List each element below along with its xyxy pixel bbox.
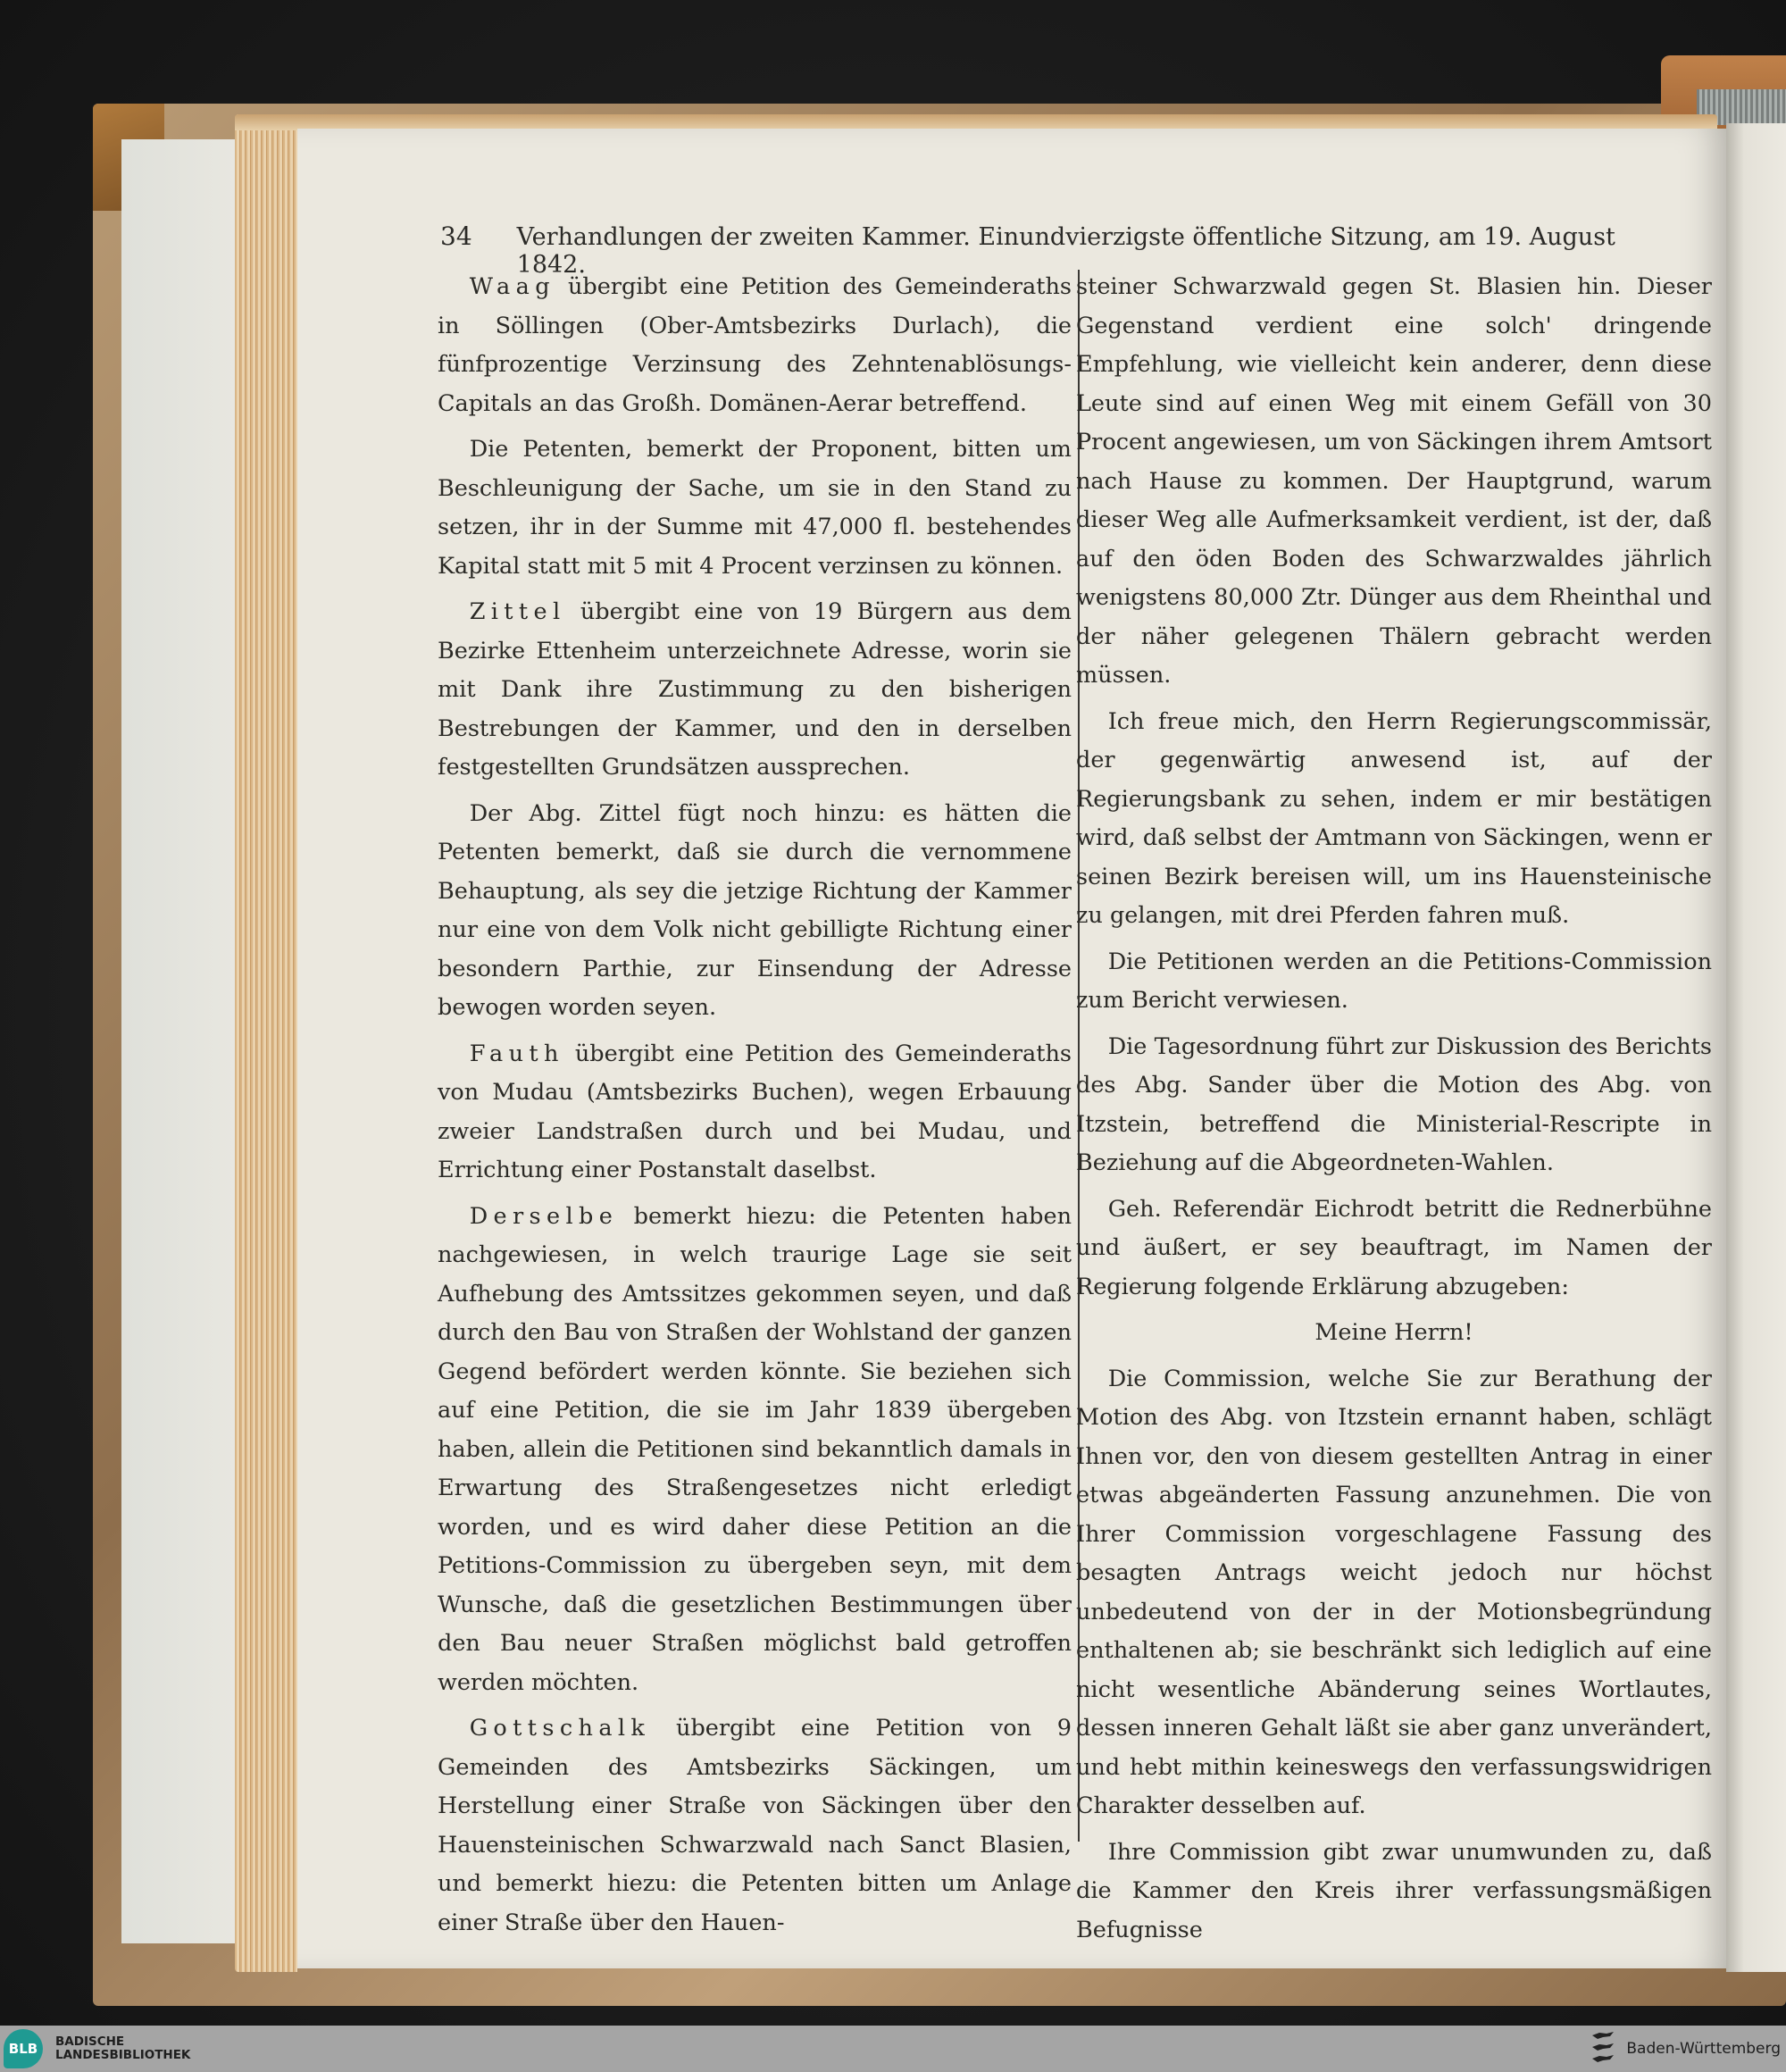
paragraph-text: übergibt eine Petition von 9 Gemeinden d… (438, 1715, 1072, 1936)
flyleaf (121, 139, 238, 1943)
paragraph-text: Geh. Referendär Eichrodt betritt die Red… (1076, 1196, 1712, 1300)
paragraph-text: bemerkt hiezu: die Petenten haben nachge… (438, 1203, 1072, 1696)
paragraph-text: Die Tagesordnung führt zur Diskussion de… (1076, 1033, 1712, 1177)
blb-line-1: BADISCHE (55, 2035, 190, 2049)
paragraph: Ihre Commission gibt zwar unumwunden zu,… (1076, 1834, 1712, 1951)
footer-banner: BLB BADISCHE LANDESBIBLIOTHEK Baden-Würt… (0, 2026, 1786, 2072)
paragraph-text: Meine Herrn! (1314, 1319, 1473, 1346)
paragraph: Meine Herrn! (1076, 1314, 1712, 1353)
paragraph: Gottschalk übergibt eine Petition von 9 … (438, 1709, 1072, 1942)
paragraph-text: steiner Schwarzwald gegen St. Blasien hi… (1076, 273, 1712, 689)
paragraph: Die Petitionen werden an die Petitions-C… (1076, 943, 1712, 1021)
page-block-edges (235, 114, 297, 1972)
speaker-name: Derselbe (470, 1203, 618, 1230)
paragraph-text: übergibt eine von 19 Bürgern aus dem Bez… (438, 598, 1072, 781)
page-number: 34 (440, 221, 472, 251)
right-text-column: steiner Schwarzwald gegen St. Blasien hi… (1076, 268, 1712, 1957)
paragraph: Die Commission, welche Sie zur Berathung… (1076, 1360, 1712, 1826)
speaker-name: Gottschalk (470, 1715, 651, 1742)
speaker-name: Zittel (470, 598, 566, 625)
blb-wordmark: BADISCHE LANDESBIBLIOTHEK (55, 2035, 190, 2062)
paragraph-text: Die Commission, welche Sie zur Berathung… (1076, 1366, 1712, 1820)
paragraph-text: Die Petitionen werden an die Petitions-C… (1076, 948, 1712, 1015)
speaker-name: Fauth (470, 1040, 564, 1067)
blb-logo[interactable]: BLB BADISCHE LANDESBIBLIOTHEK (4, 2029, 190, 2068)
blb-badge-icon: BLB (4, 2029, 43, 2068)
left-text-column: Waag übergibt eine Petition des Gemeinde… (438, 268, 1072, 1950)
paragraph: Die Petenten, bemerkt der Proponent, bit… (438, 430, 1072, 586)
paragraph-text: Der Abg. Zittel fügt noch hinzu: es hätt… (438, 800, 1072, 1022)
paragraph-text: Ihre Commission gibt zwar unumwunden zu,… (1076, 1839, 1712, 1943)
paragraph: Geh. Referendär Eichrodt betritt die Red… (1076, 1191, 1712, 1308)
bw-wordmark: Baden-Württemberg (1626, 2040, 1781, 2058)
speaker-name: Waag (470, 273, 555, 300)
paragraph: Die Tagesordnung führt zur Diskussion de… (1076, 1028, 1712, 1183)
paragraph: Fauth übergibt eine Petition des Gemeind… (438, 1035, 1072, 1191)
bw-logo[interactable]: Baden-Württemberg (1590, 2030, 1781, 2068)
blb-line-2: LANDESBIBLIOTHEK (55, 2049, 190, 2062)
paragraph: steiner Schwarzwald gegen St. Blasien hi… (1076, 268, 1712, 696)
paragraph: Zittel übergibt eine von 19 Bürgern aus … (438, 593, 1072, 788)
paragraph-text: Ich freue mich, den Herrn Regierungscomm… (1076, 708, 1712, 930)
three-lions-icon (1590, 2030, 1615, 2068)
paragraph-text: Die Petenten, bemerkt der Proponent, bit… (438, 436, 1072, 580)
running-header: 34 Verhandlungen der zweiten Kammer. Ein… (440, 221, 1628, 257)
paragraph: Waag übergibt eine Petition des Gemeinde… (438, 268, 1072, 423)
paragraph: Ich freue mich, den Herrn Regierungscomm… (1076, 703, 1712, 936)
gutter-strip (1726, 123, 1786, 1972)
paragraph: Derselbe bemerkt hiezu: die Petenten hab… (438, 1198, 1072, 1703)
paragraph: Der Abg. Zittel fügt noch hinzu: es hätt… (438, 795, 1072, 1028)
